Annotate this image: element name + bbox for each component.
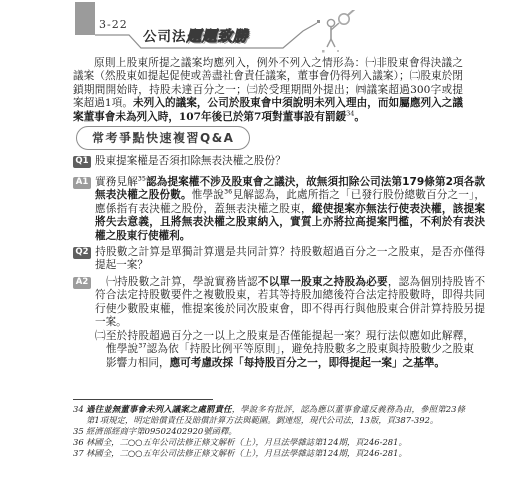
footnotes: 34過往並無董事會未列入議案之處罰責任，學說多有批評，認為應以董事會違反義務為由… xyxy=(73,404,465,459)
book-title-styled: 題題致勝 xyxy=(187,29,249,45)
footnote-36-text: 林國全，二○○五年公司法修正條文解析（上），月旦法學雜誌第124期，頁246-2… xyxy=(86,437,407,447)
a2-item2-bold: 應可考慮改採「每持股百分之一，即得提起一案」之基準。 xyxy=(170,357,445,369)
q1-badge: Q1 xyxy=(73,156,91,168)
footnote-37-text: 林國全，二○○五年公司法修正條文解析（上），月旦法學雜誌第124期，頁246-2… xyxy=(86,448,407,458)
a2-item1-prefix: ㈠ xyxy=(106,276,117,288)
book-title-main: 公司法 xyxy=(143,29,187,45)
a2-item2-prefix: ㈡ xyxy=(95,330,106,342)
footnote-35-text: 經濟部經商字第09502402920號函釋。 xyxy=(86,426,237,436)
a2-item1-bold: 不以單一股東之持股為必要 xyxy=(258,276,388,288)
person-with-magnifier-icon xyxy=(320,10,365,54)
q2-badge: Q2 xyxy=(73,247,91,259)
footnote-36-number: 36 xyxy=(73,437,84,448)
answer-2-item-2: ㈡至於持股超過百分之一以上之股東是否僅能提起一案？現行法似應如此解釋，惟學說37… xyxy=(95,330,474,370)
footnote-37: 37林國全，二○○五年公司法修正條文解析（上），月旦法學雜誌第124期，頁246… xyxy=(73,448,465,459)
question-1: Q1股東提案權是否須扣除無表決權之股份？ xyxy=(73,155,485,168)
question-2: Q2持股數之計算是單獨計算還是共同計算？持股數超過百分之一之股東，是否亦僅得提起… xyxy=(73,246,485,273)
intro-paragraph: 原則上股東所提之議案均應列入，例外不列入之情形為：㈠非股東會得決議之議案（然股東… xyxy=(73,57,463,124)
intro-text-end: 。 xyxy=(354,111,365,123)
footnote-35-number: 35 xyxy=(73,426,84,437)
footnote-34-bold: 過往並無董事會未列入議案之處罰責任 xyxy=(86,404,232,414)
qa-section-title: 常考爭點快速複習Q&A xyxy=(76,126,250,150)
answer-1: A1實務見解35認為提案權不涉及股東會之議決，故無須扣除公司法第179條第2項各… xyxy=(73,176,485,243)
footnote-divider xyxy=(73,399,213,400)
book-title: 公司法題題致勝 xyxy=(143,25,249,46)
chapter-tab xyxy=(75,2,95,35)
q1-text: 股東提案權是否須扣除無表決權之股份？ xyxy=(95,155,286,167)
footnote-35: 35經濟部經商字第09502402920號函釋。 xyxy=(73,426,465,437)
a2-item-1: ㈠持股數之計算，學說實務皆認不以單一股東之持股為必要，認為個別持股皆不符合法定持… xyxy=(95,276,485,328)
a1-text-mid: 惟學說 xyxy=(192,189,224,201)
footnote-ref-35: 35 xyxy=(138,174,146,182)
footnote-37-number: 37 xyxy=(73,448,84,459)
a1-text: 實務見解 xyxy=(95,176,138,188)
a1-badge: A1 xyxy=(73,177,91,189)
answer-2: A2㈠持股數之計算，學說實務皆認不以單一股東之持股為必要，認為個別持股皆不符合法… xyxy=(73,276,485,330)
footnote-34-number: 34 xyxy=(73,404,84,415)
footnote-36: 36林國全，二○○五年公司法修正條文解析（上），月旦法學雜誌第124期，頁246… xyxy=(73,437,465,448)
q2-text: 持股數之計算是單獨計算還是共同計算？持股數超過百分之一之股東，是否亦僅得提起一案… xyxy=(95,246,485,271)
book-page: 3-22 公司法題題致勝 原則上股東所提之議案均應列入，例外不列入之情形為：㈠非… xyxy=(0,0,520,500)
a2-badge: A2 xyxy=(73,277,91,289)
footnote-ref-37: 37 xyxy=(138,342,146,350)
footnote-34: 34過往並無董事會未列入議案之處罰責任，學說多有批評，認為應以董事會違反義務為由… xyxy=(73,404,465,426)
a2-item1-text: 持股數之計算，學說實務皆認 xyxy=(117,276,258,288)
